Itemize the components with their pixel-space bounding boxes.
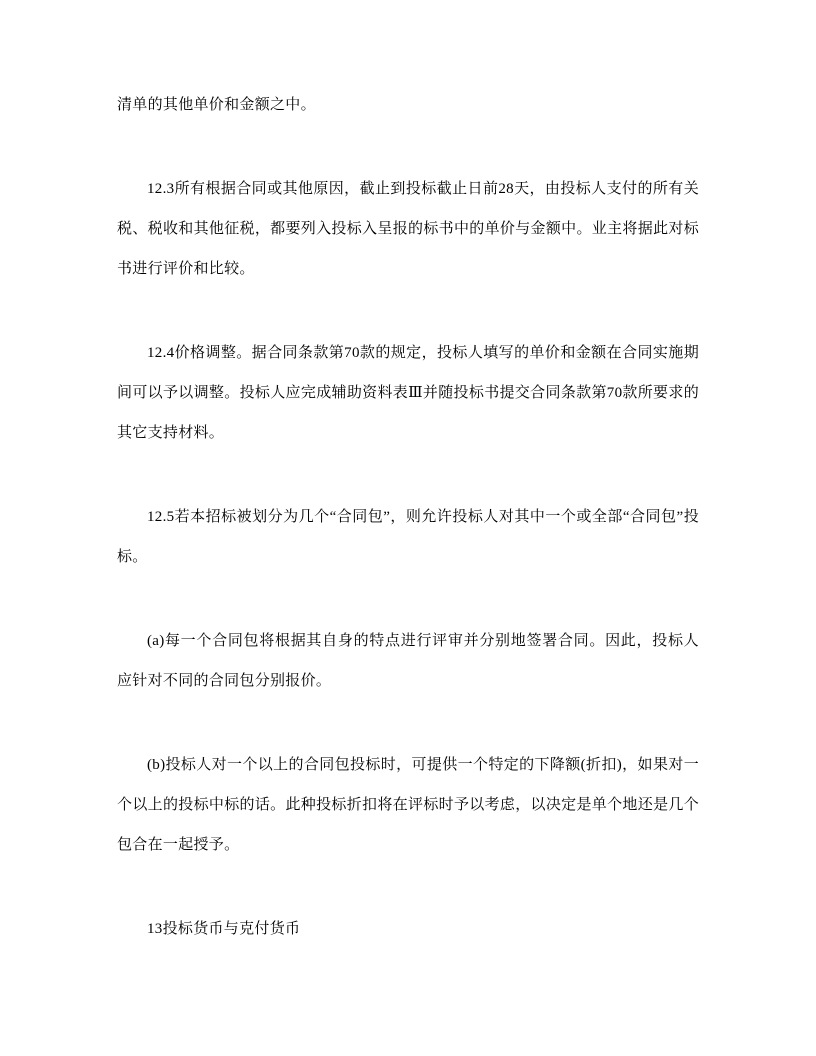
section-heading-13: 13投标货币与克付货币 [117,909,699,949]
document-page: 清单的其他单价和金额之中。 12.3所有根据合同或其他原因，截止到投标截止日前2… [0,0,816,1056]
paragraph-continuation: 清单的其他单价和金额之中。 [117,85,699,125]
clause-12-5-item-b: (b)投标人对一个以上的合同包投标时，可提供一个特定的下降额(折扣)，如果对一个… [117,745,699,865]
clause-12-3: 12.3所有根据合同或其他原因，截止到投标截止日前28天，由投标人支付的所有关税… [117,169,699,289]
document-body: 清单的其他单价和金额之中。 12.3所有根据合同或其他原因，截止到投标截止日前2… [117,85,699,949]
clause-12-5-item-a: (a)每一个合同包将根据其自身的特点进行评审并分别地签署合同。因此，投标人应针对… [117,621,699,701]
clause-12-4: 12.4价格调整。据合同条款第70款的规定，投标人填写的单价和金额在合同实施期间… [117,333,699,453]
clause-12-5: 12.5若本招标被划分为几个“合同包”，则允许投标人对其中一个或全部“合同包”投… [117,497,699,577]
